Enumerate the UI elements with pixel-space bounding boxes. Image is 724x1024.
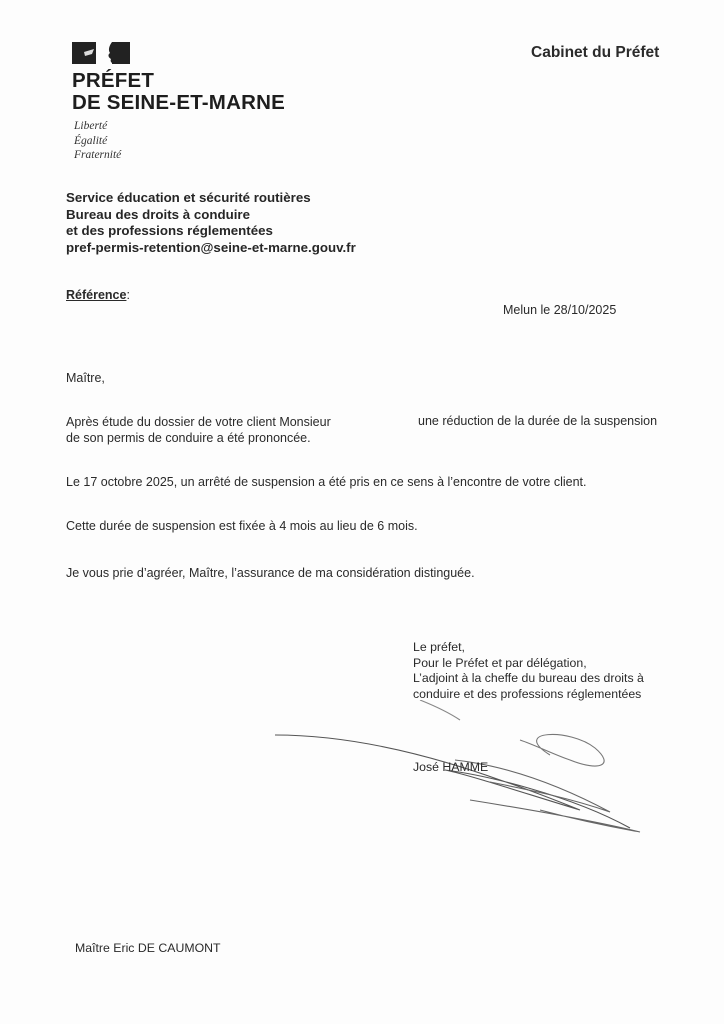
service-name: Service éducation et sécurité routières <box>66 190 356 207</box>
marianne-logo-icon <box>72 42 130 64</box>
signatory-name: José HAMME <box>413 760 488 774</box>
paragraph-1-continued: une réduction de la durée de la suspensi… <box>418 414 657 428</box>
signatory-line-1: Le préfet, <box>413 640 644 656</box>
signatory-line-3: L’adjoint à la cheffe du bureau des droi… <box>413 671 644 687</box>
republic-motto: Liberté Égalité Fraternité <box>74 119 121 163</box>
paragraph-3: Cette durée de suspension est fixée à 4 … <box>66 518 418 534</box>
cabinet-label: Cabinet du Préfet <box>531 44 659 62</box>
handwritten-signature-icon <box>270 700 670 850</box>
paragraph-1-end: de son permis de conduire a été prononcé… <box>66 430 311 446</box>
bureau-name: Bureau des droits à conduire <box>66 207 356 224</box>
reference-line: Référence: <box>66 288 130 302</box>
service-block: Service éducation et sécurité routières … <box>66 190 356 256</box>
reference-label: Référence <box>66 288 126 302</box>
paragraph-2: Le 17 octobre 2025, un arrêté de suspens… <box>66 474 586 490</box>
salutation: Maître, <box>66 371 105 385</box>
bureau-name-cont: et des professions réglementées <box>66 223 356 240</box>
signatory-block: Le préfet, Pour le Préfet et par délégat… <box>413 640 644 702</box>
reference-colon: : <box>126 288 129 302</box>
motto-fraternite: Fraternité <box>74 148 121 163</box>
signatory-line-2: Pour le Préfet et par délégation, <box>413 656 644 672</box>
authority-title: PRÉFET DE SEINE-ET-MARNE <box>72 70 285 114</box>
authority-line-1: PRÉFET <box>72 70 285 92</box>
paragraph-closing: Je vous prie d’agréer, Maître, l’assuran… <box>66 565 475 581</box>
recipient-name: Maître Eric DE CAUMONT <box>75 941 221 955</box>
paragraph-1-start: Après étude du dossier de votre client M… <box>66 414 331 430</box>
authority-line-2: DE SEINE-ET-MARNE <box>72 92 285 114</box>
service-email[interactable]: pref-permis-retention@seine-et-marne.gou… <box>66 240 356 257</box>
letter-date: Melun le 28/10/2025 <box>503 303 616 317</box>
motto-liberte: Liberté <box>74 119 121 134</box>
motto-egalite: Égalité <box>74 134 121 149</box>
